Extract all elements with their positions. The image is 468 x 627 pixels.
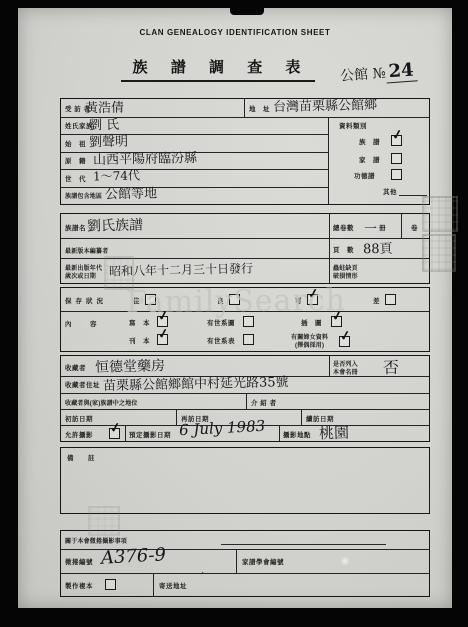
content-table-checkbox[interactable] — [243, 334, 254, 345]
area-value: 公館等地 — [105, 182, 157, 202]
table-microfilm-admin: 關于本會微捲攝影事項 微捲編號 A376-9 家譜學會編號 製作複本 寄送地址 … — [60, 530, 430, 597]
stamp-artifact — [104, 256, 134, 290]
position-label: 收藏者與(家)族譜中之地位 — [65, 398, 138, 407]
ancestor-value: 劉聲明 — [89, 131, 128, 151]
introducer-label: 介 紹 者 — [251, 398, 277, 407]
film-place-value: 桃園 — [319, 422, 349, 444]
condition-label: 保存狀況 — [65, 296, 107, 305]
condition-fine-checkbox[interactable] — [229, 294, 240, 305]
volume-unit-juan: 卷 — [411, 223, 418, 232]
society-number-label: 家譜學會編號 — [242, 557, 284, 566]
damage-label-2: 破損情形 — [333, 271, 358, 280]
film-number-label: 微捲編號 — [65, 557, 93, 566]
stamp-artifact — [88, 506, 120, 536]
document-number: 公館 №24 — [339, 59, 417, 85]
address-label: 地 址 — [249, 104, 270, 113]
genealogy-name-label: 族譜名 — [65, 223, 86, 232]
permit-checkbox[interactable] — [109, 428, 120, 439]
generations-value: 1～74代 — [93, 167, 140, 185]
pages-value: 88頁 — [363, 238, 393, 258]
volumes-label: 總卷數 — [333, 223, 354, 232]
scanned-sheet: CLAN GENEALOGY IDENTIFICATION SHEET 族 譜 … — [0, 0, 468, 627]
film-place-label: 攝影地點 — [283, 430, 311, 439]
category-gongdepu-checkbox[interactable] — [391, 169, 402, 180]
document-number-value: 24 — [385, 59, 418, 83]
volume-unit-ce: 冊 — [379, 223, 386, 232]
category-gongdepu-label: 功德譜 — [354, 171, 375, 180]
stamp-artifact — [422, 196, 458, 232]
category-zupu-label: 族 譜 — [359, 137, 380, 146]
holder-label: 收藏者 — [65, 363, 86, 372]
microfilm-header-blank — [221, 544, 386, 545]
copy-label: 製作複本 — [65, 581, 93, 590]
content-table-label: 有世系表 — [207, 336, 235, 345]
condition-fair-label: 可 — [295, 296, 302, 305]
pages-label: 頁 數 — [333, 245, 354, 254]
content-manuscript-label: 寫 本 — [129, 318, 150, 327]
content-chart-label: 有世系圖 — [207, 318, 235, 327]
condition-poor-label: 差 — [373, 296, 380, 305]
sheet-header: CLAN GENEALOGY IDENTIFICATION SHEET — [48, 28, 422, 37]
holder-address-value: 苗栗縣公館鄉館中村延光路35號 — [103, 371, 289, 394]
category-label: 資料類別 — [339, 121, 367, 130]
scan-spot — [340, 556, 350, 566]
content-women-label-2: (擇偶採用) — [295, 340, 324, 349]
table-basic-info: 受 訪 者 黃浩倩 地 址 台灣苗栗縣公館鄉 姓氏家族 劉 氏 始 祖 劉聲明 … — [60, 98, 430, 205]
condition-good-checkbox[interactable] — [145, 294, 156, 305]
content-illustration-label: 插 圖 — [301, 318, 322, 327]
content-printed-label: 刊 本 — [129, 336, 150, 345]
listed-label-2: 本會名冊 — [333, 367, 358, 376]
film-date-label: 預定攝影日期 — [129, 430, 171, 439]
listed-value: 否 — [383, 355, 399, 378]
category-other-label: 其他 — [383, 187, 397, 196]
microfilm-section-header: 關于本會微捲攝影事項 — [65, 536, 127, 545]
send-address-mark: ˊ — [199, 571, 205, 584]
copy-checkbox[interactable] — [105, 579, 116, 590]
document-number-prefix: 公館 № — [340, 66, 387, 85]
condition-fair-checkbox[interactable] — [307, 294, 318, 305]
content-label: 內 容 — [65, 319, 103, 328]
film-number-value: A376-9 — [100, 544, 166, 568]
permit-label: 允許攝影 — [65, 430, 93, 439]
origin-label: 原 籍 — [65, 156, 86, 165]
generations-label: 世 代 — [65, 174, 86, 183]
ancestor-label: 始 祖 — [65, 139, 86, 148]
area-label: 族譜包含地區 — [65, 191, 102, 200]
category-jiapu-label: 家 譜 — [359, 155, 380, 164]
content-illustration-checkbox[interactable] — [331, 316, 342, 327]
condition-good-label: 佳 — [133, 296, 140, 305]
address-value: 台灣苗栗縣公館鄉 — [273, 94, 377, 115]
table-holder-info: 收藏者 恒德堂藥房 是否列入 本會名冊 否 收藏者住址 苗栗縣公館鄉館中村延光路… — [60, 355, 430, 442]
document-page: CLAN GENEALOGY IDENTIFICATION SHEET 族 譜 … — [18, 8, 452, 608]
holder-address-label: 收藏者住址 — [65, 380, 100, 389]
scan-notch — [230, 7, 264, 15]
category-zupu-checkbox[interactable] — [391, 135, 402, 146]
publish-date-label-2: 歲次或日期 — [65, 271, 96, 280]
compiler-label: 最新版本編纂者 — [65, 246, 108, 255]
condition-fine-label: 良 — [217, 296, 224, 305]
form-title: 族 譜 調 查 表 — [121, 56, 316, 82]
stamp-artifact — [422, 234, 456, 272]
send-address-label: 寄送地址 — [159, 581, 187, 590]
table-condition-content: 保存狀況 佳 良 可 差 內 容 寫 本 有世系圖 插 圖 刊 本 有世系表 有… — [60, 287, 430, 352]
content-chart-checkbox[interactable] — [243, 316, 254, 327]
notes-label: 備 註 — [67, 453, 99, 462]
content-women-checkbox[interactable] — [339, 336, 350, 347]
category-jiapu-checkbox[interactable] — [391, 153, 402, 164]
film-date-value: 6 July 1983 — [179, 417, 266, 439]
volumes-value: 一 — [364, 218, 377, 237]
content-printed-checkbox[interactable] — [157, 334, 168, 345]
notes-box: 備 註 — [60, 447, 430, 514]
first-visit-label: 初訪日期 — [65, 414, 93, 423]
genealogy-name-value: 劉氏族譜 — [87, 214, 143, 235]
origin-value: 山西平陽府臨汾縣 — [93, 147, 197, 168]
condition-poor-checkbox[interactable] — [385, 294, 396, 305]
